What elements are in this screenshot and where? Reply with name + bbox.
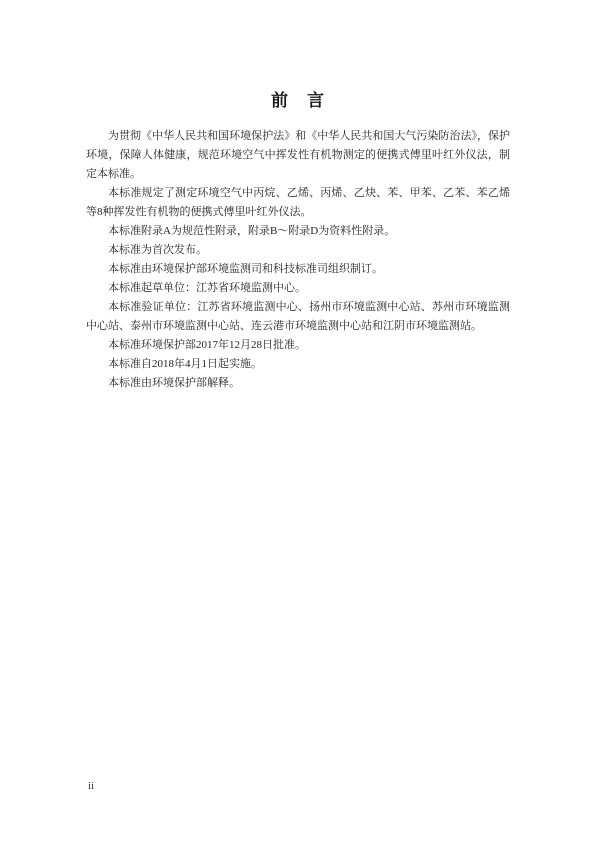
body-text: 为贯彻《中华人民共和国环境保护法》和《中华人民共和国大气污染防治法》，保护环境，… (86, 127, 510, 393)
page-number: ii (88, 779, 94, 793)
paragraph: 本标准环境保护部2017年12月28日批准。 (86, 336, 510, 355)
paragraph: 本标准规定了测定环境空气中丙烷、乙烯、丙烯、乙炔、苯、甲苯、乙苯、苯乙烯等8种挥… (86, 184, 510, 222)
paragraph: 本标准由环境保护部环境监测司和科技标准司组织制订。 (86, 260, 510, 279)
page-content: 前 言 为贯彻《中华人民共和国环境保护法》和《中华人民共和国大气污染防治法》，保… (86, 86, 510, 393)
paragraph: 本标准验证单位：江苏省环境监测中心、扬州市环境监测中心站、苏州市环境监测中心站、… (86, 298, 510, 336)
paragraph: 本标准起草单位：江苏省环境监测中心。 (86, 279, 510, 298)
paragraph: 为贯彻《中华人民共和国环境保护法》和《中华人民共和国大气污染防治法》，保护环境，… (86, 127, 510, 184)
page-title: 前 言 (86, 86, 510, 111)
paragraph: 本标准由环境保护部解释。 (86, 374, 510, 393)
document-page: 前 言 为贯彻《中华人民共和国环境保护法》和《中华人民共和国大气污染防治法》，保… (0, 0, 595, 841)
paragraph: 本标准为首次发布。 (86, 241, 510, 260)
paragraph: 本标准自2018年4月1日起实施。 (86, 355, 510, 374)
paragraph: 本标准附录A为规范性附录，附录B～附录D为资料性附录。 (86, 222, 510, 241)
